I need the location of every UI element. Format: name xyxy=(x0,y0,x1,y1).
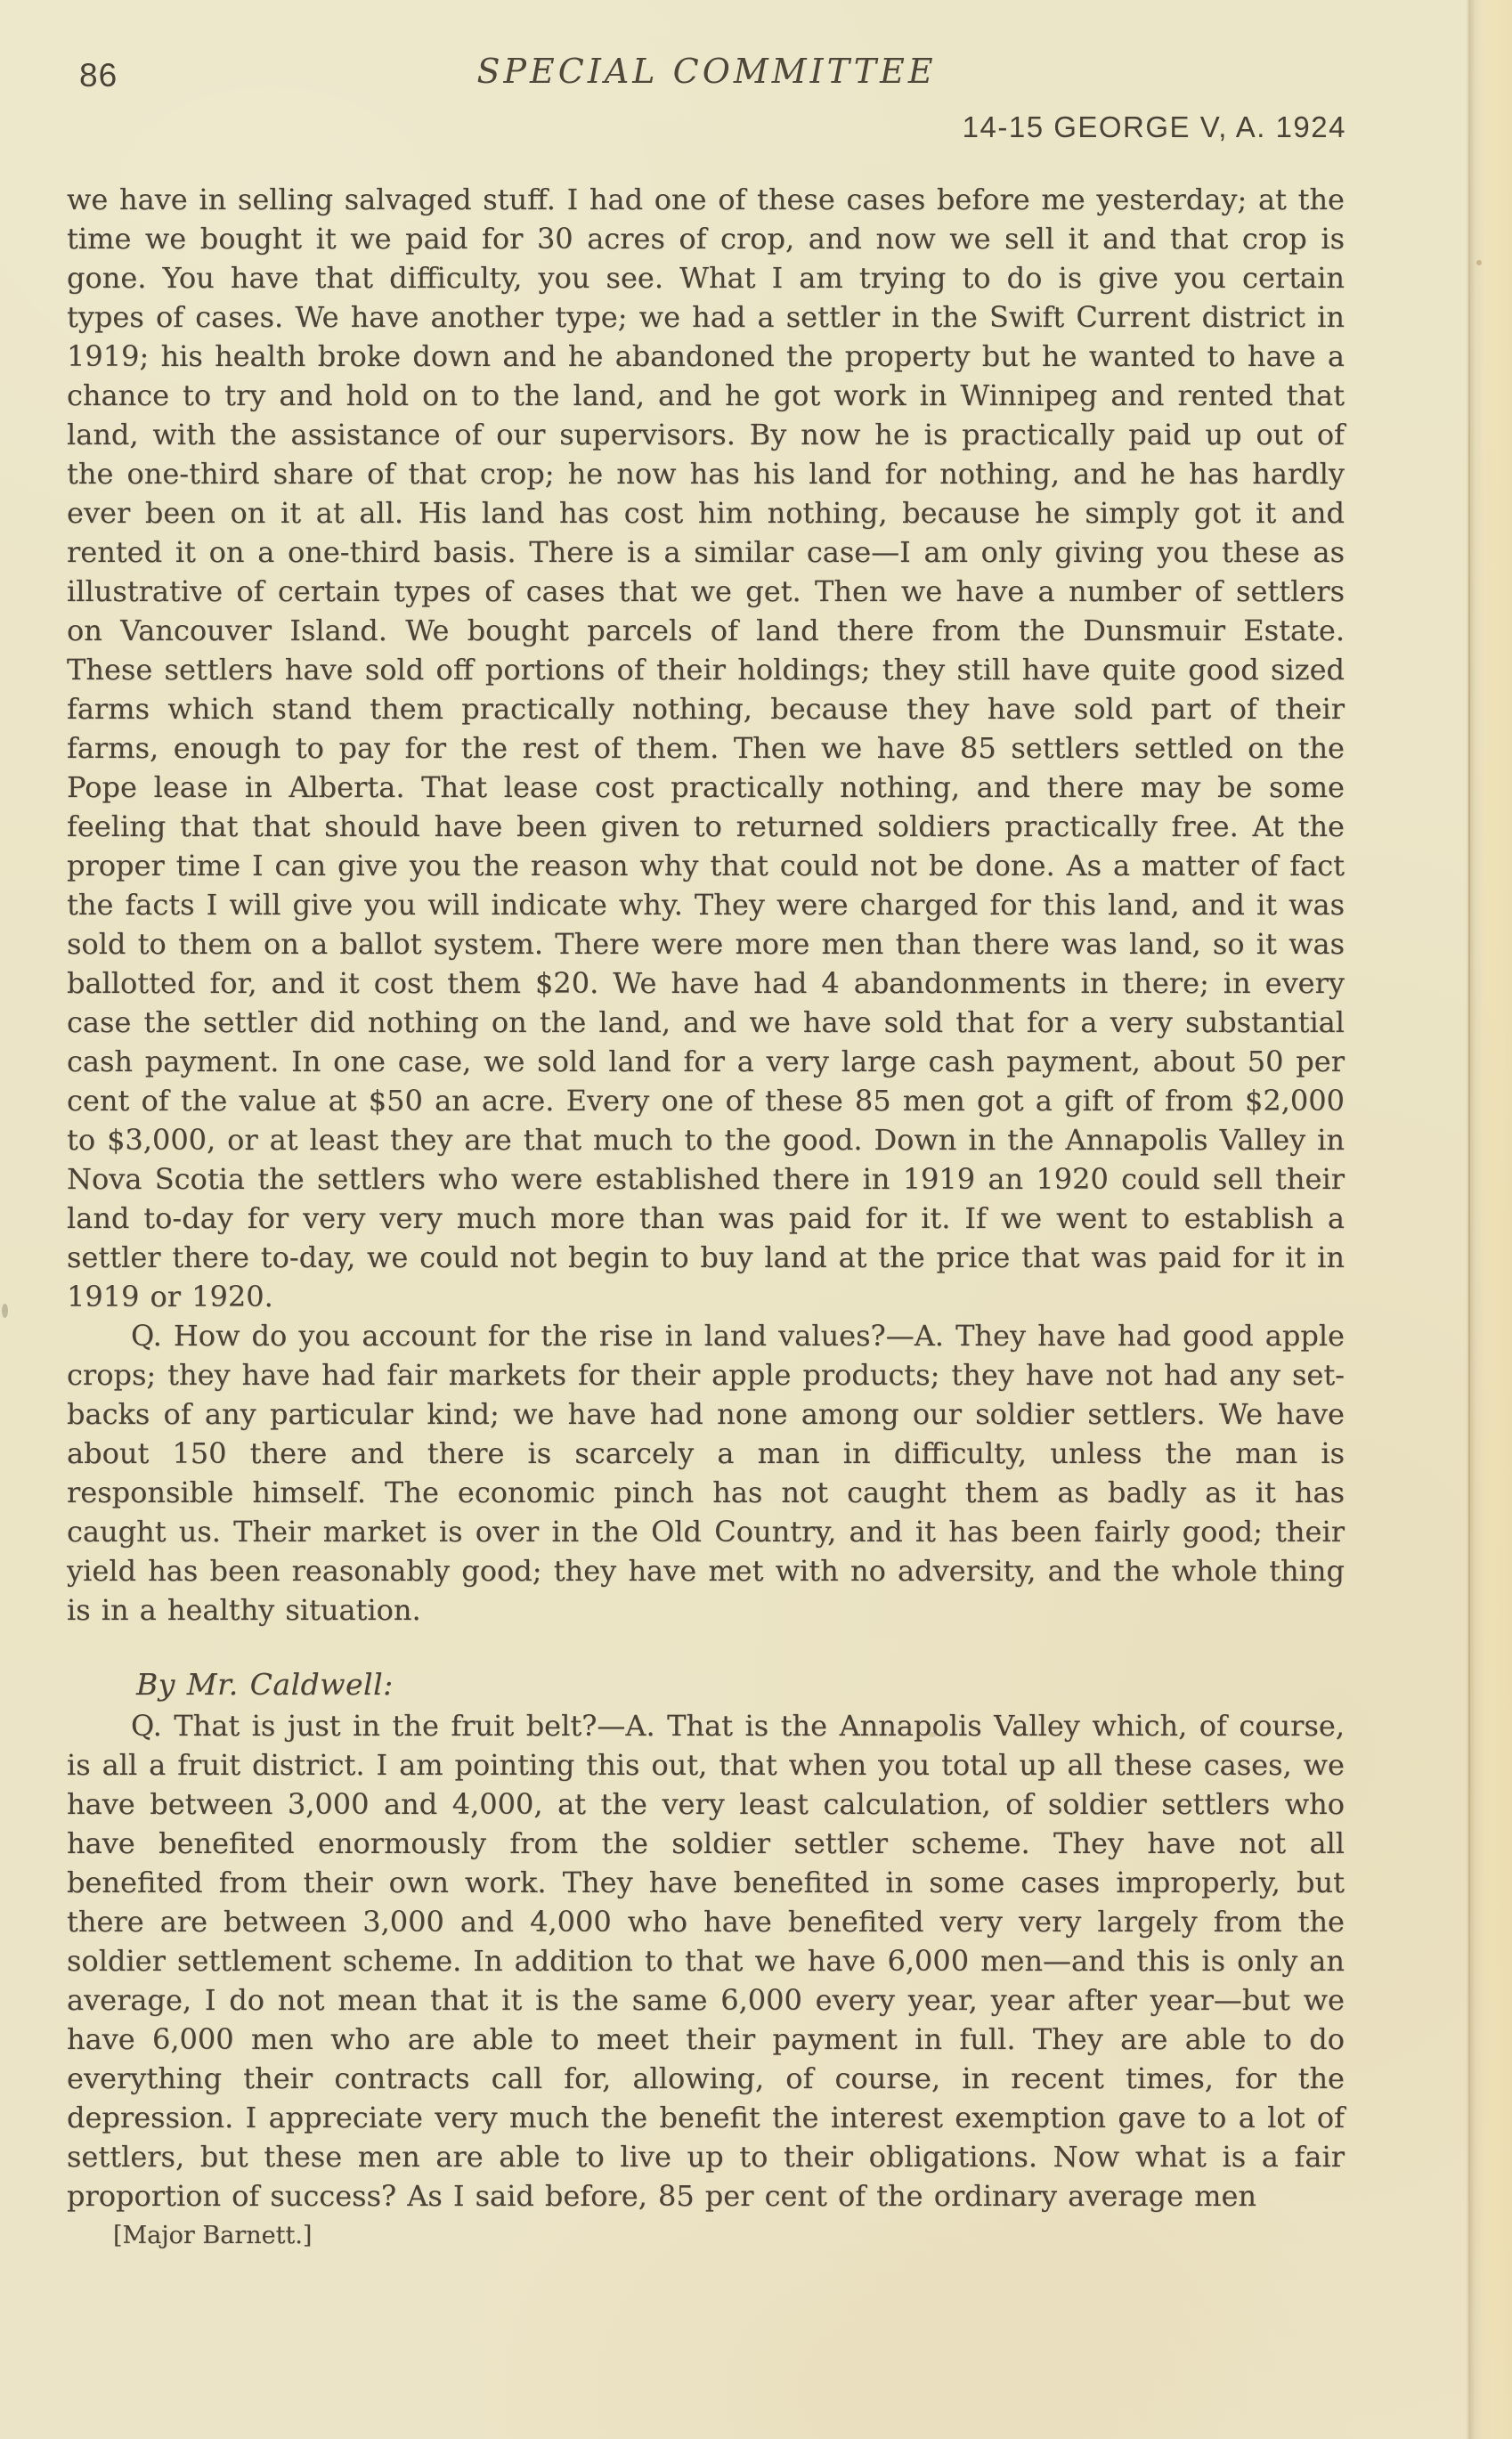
page-header: 86 SPECIAL COMMITTEE xyxy=(67,52,1346,100)
witness-attribution-footnote: [Major Barnett.] xyxy=(113,2222,1345,2249)
transcript-body: we have in selling salvaged stuff. I had… xyxy=(67,180,1345,2215)
paragraph-question-answer: Q. That is just in the fruit belt?—A. Th… xyxy=(67,1706,1345,2215)
page-number: 86 xyxy=(79,57,118,94)
paragraph-continuation: we have in selling salvaged stuff. I had… xyxy=(67,180,1345,1316)
running-title: SPECIAL COMMITTEE xyxy=(67,52,1346,91)
page-edge-crease xyxy=(1466,0,1512,2439)
examiner-heading: By Mr. Caldwell: xyxy=(136,1665,1345,1704)
session-citation-line: 14-15 GEORGE V, A. 1924 xyxy=(67,110,1346,144)
paper-blemish xyxy=(2,1304,8,1318)
scanned-document-page: 86 SPECIAL COMMITTEE 14-15 GEORGE V, A. … xyxy=(0,0,1512,2439)
paragraph-question-answer: Q. How do you account for the rise in la… xyxy=(67,1316,1345,1630)
